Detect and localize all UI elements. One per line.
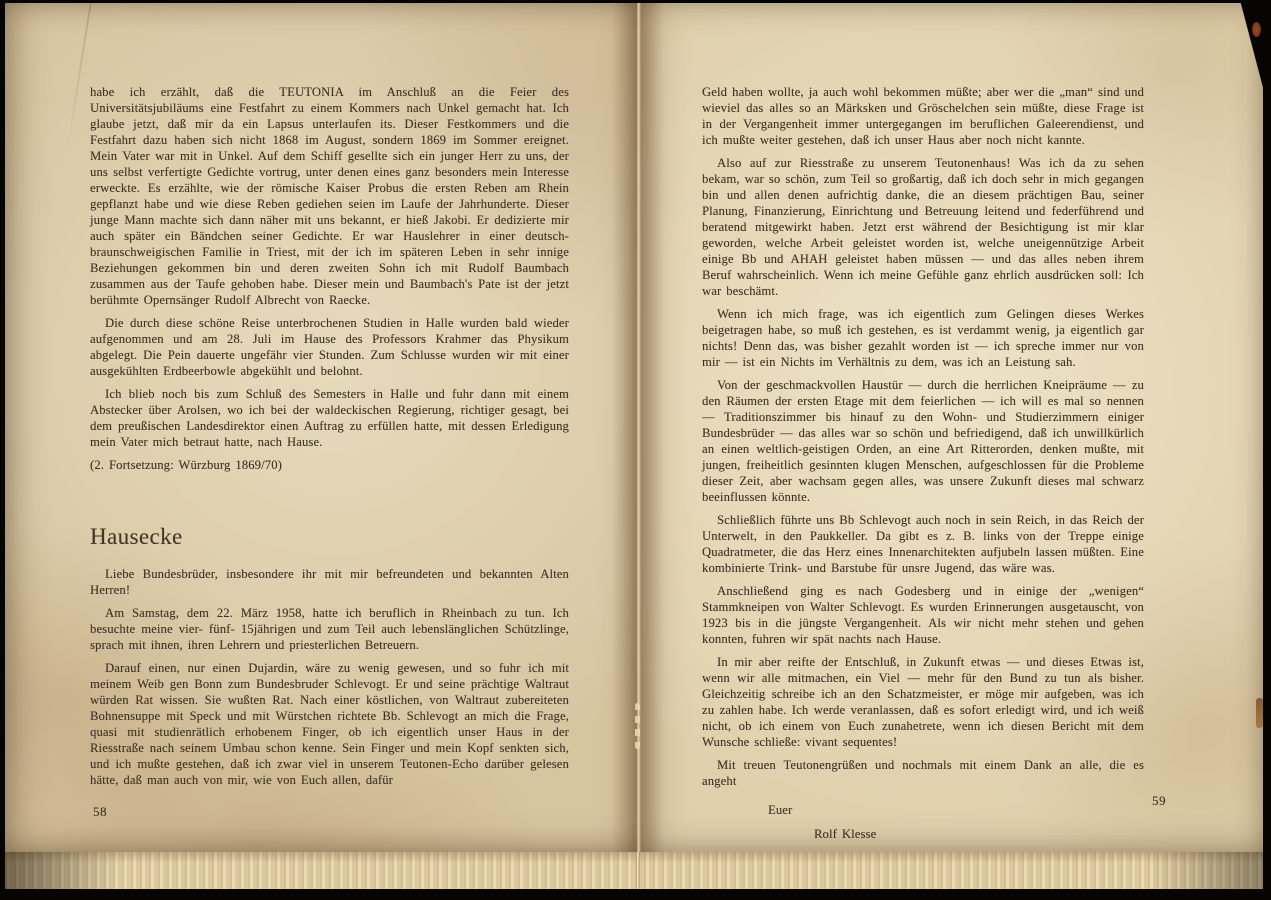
paragraph: Geld haben wollte, ja auch wohl bekommen… [702,84,1144,148]
signature-name: Rolf Klesse [814,826,1144,842]
section-heading-hausecke: Hausecke [90,529,569,545]
page-number-right: 59 [1152,793,1166,809]
book-spread: habe ich erzählt, daß die TEUTONIA im An… [0,0,1271,900]
paragraph: Wenn ich mich frage, was ich eigentlich … [702,306,1144,370]
red-stain-top-right [1252,22,1261,37]
paragraph: Darauf einen, nur einen Dujardin, wäre z… [90,660,569,788]
book-bottom-page-edges [5,852,1263,889]
continuation-note: (2. Fortsetzung: Würzburg 1869/70) [90,457,569,473]
paragraph: Von der geschmackvollen Haustür — durch … [702,377,1144,505]
page-number-left: 58 [93,804,107,820]
paragraph: Liebe Bundesbrüder, insbesondere ihr mit… [90,566,569,598]
paragraph: Am Samstag, dem 22. März 1958, hatte ich… [90,605,569,653]
right-page-text-column: Geld haben wollte, ja auch wohl bekommen… [702,84,1144,842]
paragraph: Anschließend ging es nach Godesberg und … [702,583,1144,647]
red-stain-right-edge [1256,698,1263,728]
paragraph: Schließlich führte uns Bb Schlevogt auch… [702,512,1144,576]
left-page-text-column: habe ich erzählt, daß die TEUTONIA im An… [90,84,569,795]
paragraph: In mir aber reifte der Entschluß, in Zuk… [702,654,1144,750]
paragraph: Also auf zur Riesstraße zu unserem Teuto… [702,155,1144,299]
binding-thread [635,703,640,749]
paragraph: habe ich erzählt, daß die TEUTONIA im An… [90,84,569,308]
signature-salutation: Euer [768,802,1144,818]
bottom-edges-center-gap [636,852,640,889]
paragraph: Ich blieb noch bis zum Schluß des Semest… [90,386,569,450]
paragraph: Mit treuen Teutonengrüßen und nochmals m… [702,757,1144,789]
paragraph: Die durch diese schöne Reise unterbroche… [90,315,569,379]
